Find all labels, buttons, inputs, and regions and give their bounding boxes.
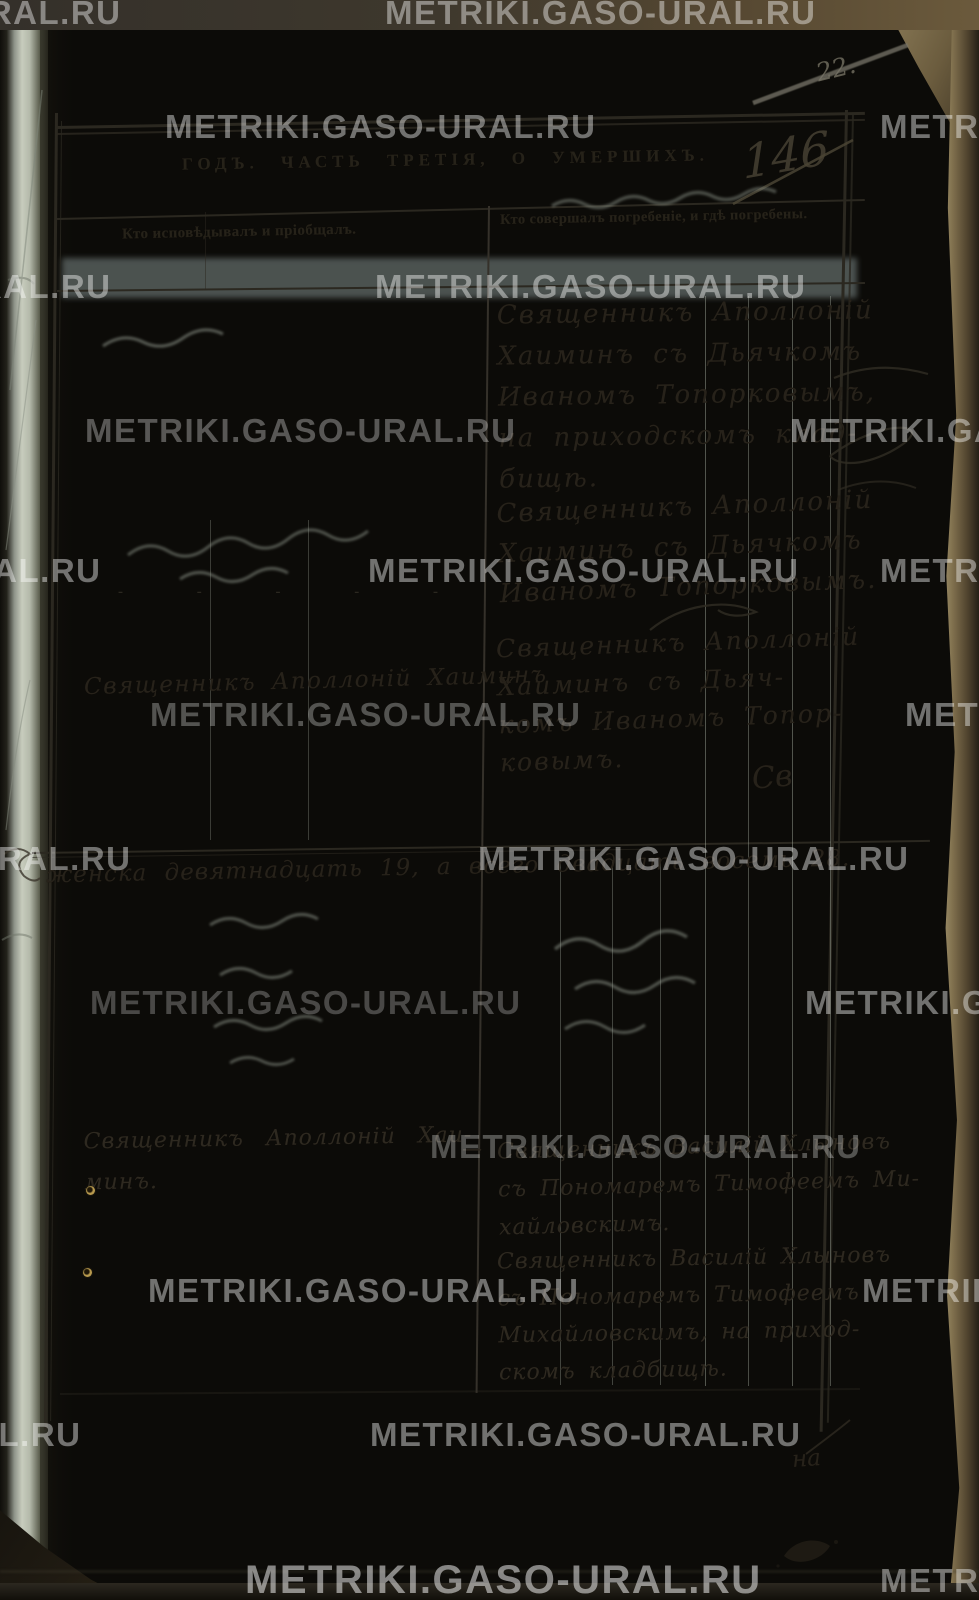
scanned-register-page: ГОДЪ. ЧАСТЬ ТРЕТІЯ, О УМЕРШИХЪ. Кто испо… bbox=[0, 0, 979, 1600]
catchword-flourish bbox=[800, 1418, 860, 1458]
scan-background-top bbox=[0, 0, 979, 30]
worm-hole bbox=[83, 1268, 92, 1277]
bleedthrough-marks bbox=[545, 925, 775, 1055]
entry-line: Иваномъ Топорковымъ, bbox=[498, 372, 876, 418]
margin-note-mark bbox=[0, 834, 42, 890]
burial-entry-2: Священникъ Аполлоній Хаиминъ съ Дьячкомъ… bbox=[496, 480, 878, 614]
ink-flourish bbox=[828, 358, 973, 508]
worm-hole bbox=[86, 1186, 95, 1195]
burial-entry-1: Священникъ Аполлоній Хаиминъ съ Дьячкомъ… bbox=[497, 290, 878, 500]
entry-line: Священникъ Аполлоній bbox=[497, 290, 875, 336]
bleedthrough-marks bbox=[548, 192, 813, 218]
confessor-entry-2: Священникъ Аполлоній Хаи- минъ. bbox=[83, 1115, 473, 1204]
scan-background-bottom bbox=[0, 1583, 979, 1600]
burial-entry-catchmark: Св bbox=[751, 758, 794, 796]
entry-line: скомъ кладбищѣ. bbox=[499, 1348, 894, 1392]
ink-flourish bbox=[640, 596, 770, 638]
entry-line: Михайловскимъ, на приход- bbox=[498, 1311, 893, 1355]
page-deckle-edge bbox=[941, 0, 979, 1600]
ink-smudge bbox=[772, 1526, 847, 1576]
bleedthrough-marks bbox=[95, 320, 295, 440]
entry-line: Хаиминъ съ Дьячкомъ bbox=[497, 331, 875, 377]
entry-line: минъ. bbox=[84, 1156, 473, 1204]
burial-entry-4: Священникъ Василій Хлыновъ съ Пономаремъ… bbox=[497, 1122, 922, 1247]
pencil-stroke bbox=[745, 35, 920, 110]
bleedthrough-marks bbox=[200, 905, 390, 1075]
entry-line: на приходскомъ клад- bbox=[498, 413, 876, 459]
entry-link-dash: — bbox=[462, 1136, 482, 1160]
burial-entry-5: Священникъ Василій Хлыновъ съ Пономаремъ… bbox=[497, 1237, 893, 1392]
entry-line: Священникъ Аполлоній Хаи- bbox=[83, 1115, 472, 1163]
bleedthrough-marks bbox=[120, 535, 450, 595]
burial-entry-3: Священникъ Аполлоній Хаиминъ съ Дьяч- ко… bbox=[495, 618, 864, 783]
